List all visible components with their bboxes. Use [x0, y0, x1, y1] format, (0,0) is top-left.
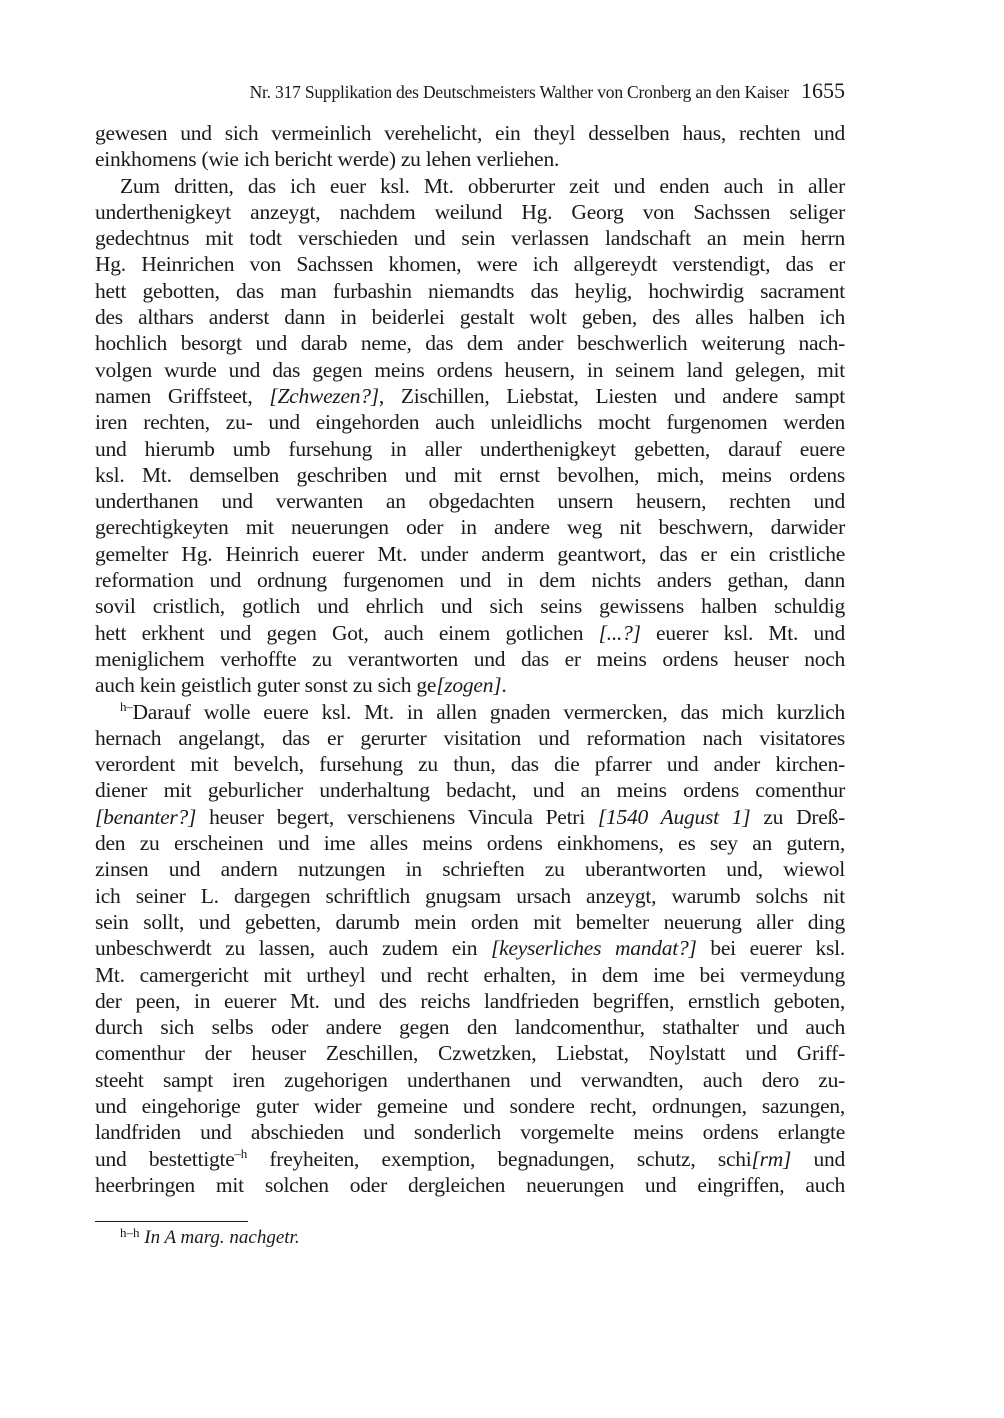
footnote: h–h In A marg. nachgetr.: [120, 1225, 300, 1251]
text-segment: diener mit geburlicher underhaltung beda…: [95, 778, 845, 802]
text-segment: des althars anderst dann in beiderlei ge…: [95, 305, 845, 329]
text-segment: ich seiner L. dargegen schriftlich gnugs…: [95, 884, 845, 908]
text-line: zinsen und andern nutzungen in schriefte…: [95, 856, 845, 882]
text-line: heerbringen mit solchen oder dergleichen…: [95, 1172, 845, 1198]
text-segment: gemelter Hg. Heinrich euerer Mt. under a…: [95, 542, 845, 566]
text-line: ksl. Mt. demselben geschriben und mit er…: [95, 462, 845, 488]
text-segment: freyheiten, exemption, begnadungen, schu…: [247, 1147, 751, 1171]
document-body: gewesen und sich vermeinlich verehelicht…: [95, 120, 845, 1198]
text-line: der peen, in euerer Mt. und des reichs l…: [95, 988, 845, 1014]
text-segment: gerechtigkeyten mit neuerungen oder in a…: [95, 515, 845, 539]
text-line: auch kein geistlich guter sonst zu sich …: [95, 672, 845, 698]
text-segment: meniglichem verhoffte zu verantworten un…: [95, 647, 845, 671]
footnote-separator: [95, 1221, 248, 1222]
text-segment: durch sich selbs oder andere gegen den l…: [95, 1015, 845, 1039]
text-segment: zinsen und andern nutzungen in schriefte…: [95, 857, 845, 881]
text-segment: hett erkhent und gegen Got, auch einem g…: [95, 621, 599, 645]
text-segment: reformation und ordnung furgenomen und i…: [95, 568, 845, 592]
text-line: und bestettigte–h freyheiten, exemption,…: [95, 1146, 845, 1172]
text-line: meniglichem verhoffte zu verantworten un…: [95, 646, 845, 672]
text-line: gerechtigkeyten mit neuerungen oder in a…: [95, 514, 845, 540]
text-line: sein sollt, und gebetten, darumb mein or…: [95, 909, 845, 935]
text-line: namen Griffsteet, [Zchwezen?], Zischille…: [95, 383, 845, 409]
editorial-insertion: [rm]: [751, 1147, 791, 1171]
text-segment: zu Dreß-: [750, 805, 845, 829]
text-segment: sovil cristlich, gotlich und ehrlich und…: [95, 594, 845, 618]
text-line: gemelter Hg. Heinrich euerer Mt. under a…: [95, 541, 845, 567]
text-segment: volgen wurde und das gegen meins ordens …: [95, 358, 845, 382]
text-line: Zum dritten, das ich euer ksl. Mt. obber…: [95, 173, 845, 199]
running-header: Nr. 317 Supplikation des Deutschmeisters…: [95, 78, 845, 106]
text-segment: und hierumb umb fursehung in aller under…: [95, 437, 845, 461]
editorial-insertion: [Zchwezen?]: [269, 384, 379, 408]
running-header-title: Nr. 317 Supplikation des Deutschmeisters…: [250, 82, 789, 102]
text-line: hernach angelangt, das er gerurter visit…: [95, 725, 845, 751]
text-segment: und: [791, 1147, 845, 1171]
text-segment: Darauf wolle euere ksl. Mt. in allen gna…: [133, 700, 846, 724]
text-segment: sein sollt, und gebetten, darumb mein or…: [95, 910, 845, 934]
text-line: den zu erscheinen und ime alles meins or…: [95, 830, 845, 856]
text-line: iren rechten, zu- und eingehorden auch u…: [95, 409, 845, 435]
text-segment: heerbringen mit solchen oder dergleichen…: [95, 1173, 845, 1197]
text-line: einkhomens (wie ich bericht werde) zu le…: [95, 146, 845, 172]
text-segment: , Zischillen, Liebstat, Liesten und ande…: [379, 384, 845, 408]
text-segment: underthenigkeyt anzeygt, nachdem weilund…: [95, 200, 845, 224]
page-number: 1655: [801, 78, 845, 103]
text-segment: ksl. Mt. demselben geschriben und mit er…: [95, 463, 845, 487]
text-line: durch sich selbs oder andere gegen den l…: [95, 1014, 845, 1040]
text-segment: Zum dritten, das ich euer ksl. Mt. obber…: [120, 174, 845, 198]
text-segment: namen Griffsteet,: [95, 384, 269, 408]
editorial-insertion: [...?]: [599, 621, 641, 645]
text-line: steeht sampt iren zugehorigen underthane…: [95, 1067, 845, 1093]
text-segment: steeht sampt iren zugehorigen underthane…: [95, 1068, 845, 1092]
text-line: ich seiner L. dargegen schriftlich gnugs…: [95, 883, 845, 909]
text-segment: hett gebotten, das man furbashin niemand…: [95, 279, 845, 303]
text-segment: verordent mit bevelch, fursehung zu thun…: [95, 752, 845, 776]
text-segment: gedechtnus mit todt verschieden und sein…: [95, 226, 845, 250]
text-segment: den zu erscheinen und ime alles meins or…: [95, 831, 845, 855]
editorial-insertion: [zogen]: [436, 673, 501, 697]
footnote-ref: –h: [235, 1146, 248, 1161]
text-line: landfriden und abschieden und sonderlich…: [95, 1119, 845, 1145]
text-segment: landfriden und abschieden und sonderlich…: [95, 1120, 845, 1144]
text-segment: unbeschwerdt zu lassen, auch zudem ein: [95, 936, 491, 960]
text-line: Mt. camergericht mit urtheyl und recht e…: [95, 962, 845, 988]
text-segment: euerer ksl. Mt. und: [641, 621, 845, 645]
text-line: underthenigkeyt anzeygt, nachdem weilund…: [95, 199, 845, 225]
text-line: hett erkhent und gegen Got, auch einem g…: [95, 620, 845, 646]
text-segment: gewesen und sich vermeinlich verehelicht…: [95, 121, 845, 145]
text-line: verordent mit bevelch, fursehung zu thun…: [95, 751, 845, 777]
text-segment: Hg. Heinrichen von Sachssen khomen, were…: [95, 252, 845, 276]
text-line: unbeschwerdt zu lassen, auch zudem ein […: [95, 935, 845, 961]
text-segment: Mt. camergericht mit urtheyl und recht e…: [95, 963, 845, 987]
text-segment: .: [501, 673, 506, 697]
text-segment: und eingehorige guter wider gemeine und …: [95, 1094, 845, 1118]
editorial-insertion: [1540 August 1]: [598, 805, 751, 829]
text-segment: heuser begert, verschienens Vincula Petr…: [196, 805, 598, 829]
editorial-insertion: [keyserliches mandat?]: [491, 936, 697, 960]
text-line: sovil cristlich, gotlich und ehrlich und…: [95, 593, 845, 619]
text-line: und eingehorige guter wider gemeine und …: [95, 1093, 845, 1119]
footnote-text: In A marg. nachgetr.: [144, 1227, 299, 1248]
text-segment: auch kein geistlich guter sonst zu sich …: [95, 673, 436, 697]
text-line: Hg. Heinrichen von Sachssen khomen, were…: [95, 251, 845, 277]
text-segment: und bestettigte: [95, 1147, 235, 1171]
text-segment: bei euerer ksl.: [697, 936, 845, 960]
text-line: gedechtnus mit todt verschieden und sein…: [95, 225, 845, 251]
text-line: h–Darauf wolle euere ksl. Mt. in allen g…: [95, 699, 845, 725]
text-segment: comenthur der heuser Zeschillen, Czwetzk…: [95, 1041, 845, 1065]
footnote-ref: h–: [120, 699, 133, 714]
text-line: gewesen und sich vermeinlich verehelicht…: [95, 120, 845, 146]
text-line: comenthur der heuser Zeschillen, Czwetzk…: [95, 1040, 845, 1066]
text-line: diener mit geburlicher underhaltung beda…: [95, 777, 845, 803]
text-segment: einkhomens (wie ich bericht werde) zu le…: [95, 147, 559, 171]
editorial-insertion: [benanter?]: [95, 805, 196, 829]
text-line: [benanter?] heuser begert, verschienens …: [95, 804, 845, 830]
text-line: hochlich besorgt und darab neme, das dem…: [95, 330, 845, 356]
text-segment: hernach angelangt, das er gerurter visit…: [95, 726, 845, 750]
footnote-marker: h–h: [120, 1225, 140, 1240]
text-line: volgen wurde und das gegen meins ordens …: [95, 357, 845, 383]
text-line: reformation und ordnung furgenomen und i…: [95, 567, 845, 593]
text-segment: iren rechten, zu- und eingehorden auch u…: [95, 410, 845, 434]
text-segment: underthanen und verwanten an obgedachten…: [95, 489, 845, 513]
text-line: underthanen und verwanten an obgedachten…: [95, 488, 845, 514]
text-line: und hierumb umb fursehung in aller under…: [95, 436, 845, 462]
text-segment: hochlich besorgt und darab neme, das dem…: [95, 331, 845, 355]
text-line: des althars anderst dann in beiderlei ge…: [95, 304, 845, 330]
text-line: hett gebotten, das man furbashin niemand…: [95, 278, 845, 304]
text-segment: der peen, in euerer Mt. und des reichs l…: [95, 989, 845, 1013]
